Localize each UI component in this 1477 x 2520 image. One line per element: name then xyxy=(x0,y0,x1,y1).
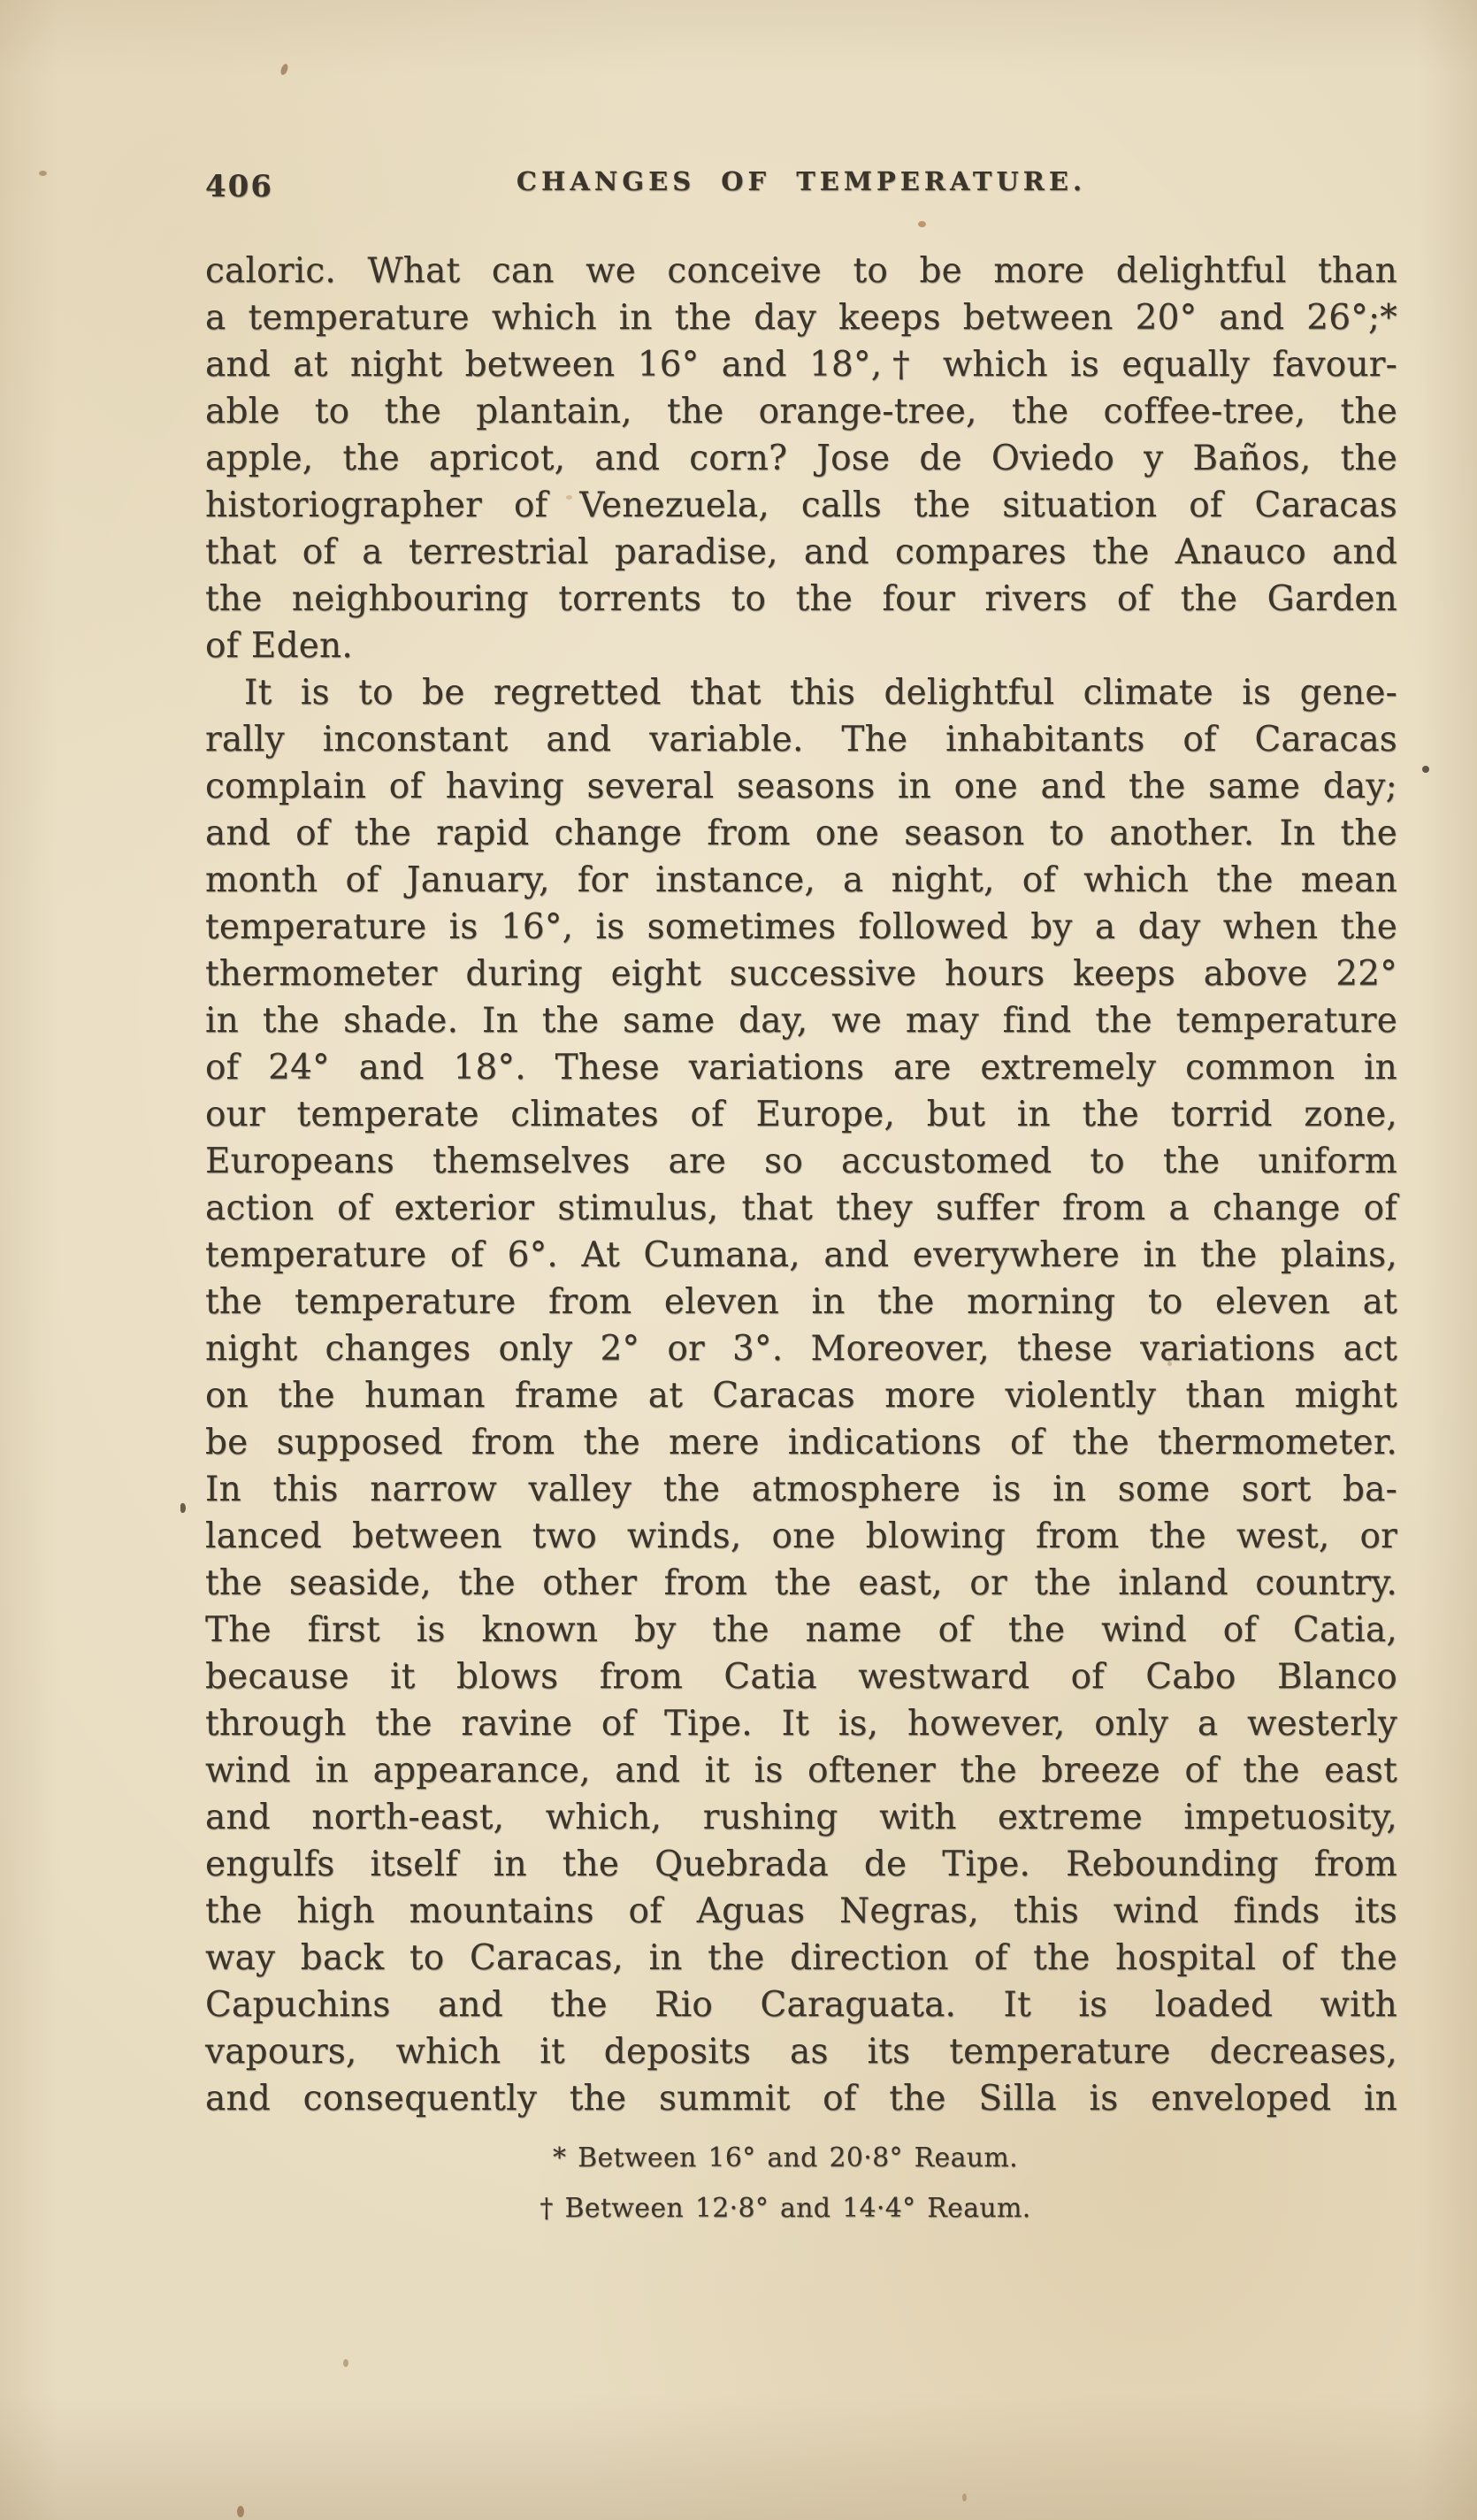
text-line: that of a terrestrial paradise, and comp… xyxy=(205,529,1397,576)
text-line: and of the rapid change from one season … xyxy=(205,810,1397,857)
running-head: CHANGES OF TEMPERATURE. xyxy=(205,166,1397,196)
text-line: complain of having several seasons in on… xyxy=(205,763,1397,810)
paper-speck xyxy=(566,495,572,500)
text-line: temperature is 16°, is sometimes followe… xyxy=(205,904,1397,951)
text-line: action of exterior stimulus, that they s… xyxy=(205,1185,1397,1232)
body-text: caloric. What can we conceive to be more… xyxy=(205,248,1397,2122)
text-line: wind in appearance, and it is oftener th… xyxy=(205,1747,1397,1794)
text-line: on the human frame at Caracas more viole… xyxy=(205,1372,1397,1419)
book-page: 406 CHANGES OF TEMPERATURE. caloric. Wha… xyxy=(0,0,1477,2520)
text-line: apple, the apricot, and corn? Jose de Ov… xyxy=(205,435,1397,482)
footnote: † Between 12·8° and 14·4° Reaum. xyxy=(189,2183,1381,2234)
text-line: the high mountains of Aguas Negras, this… xyxy=(205,1888,1397,1935)
text-line: Europeans themselves are so accustomed t… xyxy=(205,1138,1397,1185)
text-line: the neighbouring torrents to the four ri… xyxy=(205,576,1397,622)
text-line: The first is known by the name of the wi… xyxy=(205,1607,1397,1653)
text-line: the seaside, the other from the east, or… xyxy=(205,1560,1397,1607)
footnotes: * Between 16° and 20·8° Reaum.† Between … xyxy=(189,2133,1381,2234)
paper-speck xyxy=(1167,1362,1172,1366)
text-line: and consequently the summit of the Silla… xyxy=(205,2075,1397,2122)
text-line: our temperate climates of Europe, but in… xyxy=(205,1091,1397,1138)
text-line: thermometer during eight successive hour… xyxy=(205,951,1397,997)
text-line: Capuchins and the Rio Caraguata. It is l… xyxy=(205,1982,1397,2028)
paper-speck xyxy=(39,171,47,176)
ink-mark xyxy=(180,1503,186,1513)
text-line: night changes only 2° or 3°. Moreover, t… xyxy=(205,1325,1397,1372)
text-line: able to the plantain, the orange-tree, t… xyxy=(205,388,1397,435)
paper-speck xyxy=(279,63,289,76)
footnote: * Between 16° and 20·8° Reaum. xyxy=(189,2133,1381,2183)
text-line: temperature of 6°. At Cumana, and everyw… xyxy=(205,1232,1397,1279)
text-line: of Eden. xyxy=(205,622,1397,669)
text-line: engulfs itself in the Quebrada de Tipe. … xyxy=(205,1841,1397,1888)
paper-speck xyxy=(918,221,926,227)
text-line: rally inconstant and variable. The inhab… xyxy=(205,716,1397,763)
text-line: be supposed from the mere indications of… xyxy=(205,1419,1397,1466)
text-line: vapours, which it deposits as its temper… xyxy=(205,2028,1397,2075)
paper-speck xyxy=(962,2493,967,2501)
text-line: a temperature which in the day keeps bet… xyxy=(205,294,1397,341)
text-line: way back to Caracas, in the direction of… xyxy=(205,1935,1397,1982)
text-line: historiographer of Venezuela, calls the … xyxy=(205,482,1397,529)
page-header: 406 CHANGES OF TEMPERATURE. xyxy=(205,166,1397,219)
text-line: and at night between 16° and 18°,† which… xyxy=(205,341,1397,388)
text-line: lanced between two winds, one blowing fr… xyxy=(205,1513,1397,1560)
text-line: caloric. What can we conceive to be more… xyxy=(205,248,1397,294)
ink-mark xyxy=(1422,766,1429,773)
text-line: the temperature from eleven in the morni… xyxy=(205,1279,1397,1325)
text-line: month of January, for instance, a night,… xyxy=(205,857,1397,904)
text-line: It is to be regretted that this delightf… xyxy=(205,669,1397,716)
text-line: In this narrow valley the atmosphere is … xyxy=(205,1466,1397,1513)
text-line: and north-east, which, rushing with extr… xyxy=(205,1794,1397,1841)
text-line: because it blows from Catia westward of … xyxy=(205,1653,1397,1700)
page-number: 406 xyxy=(205,169,273,204)
text-line: through the ravine of Tipe. It is, howev… xyxy=(205,1700,1397,1747)
text-line: of 24° and 18°. These variations are ext… xyxy=(205,1044,1397,1091)
paper-speck xyxy=(343,2359,348,2367)
text-line: in the shade. In the same day, we may fi… xyxy=(205,997,1397,1044)
paper-speck xyxy=(237,2506,244,2517)
